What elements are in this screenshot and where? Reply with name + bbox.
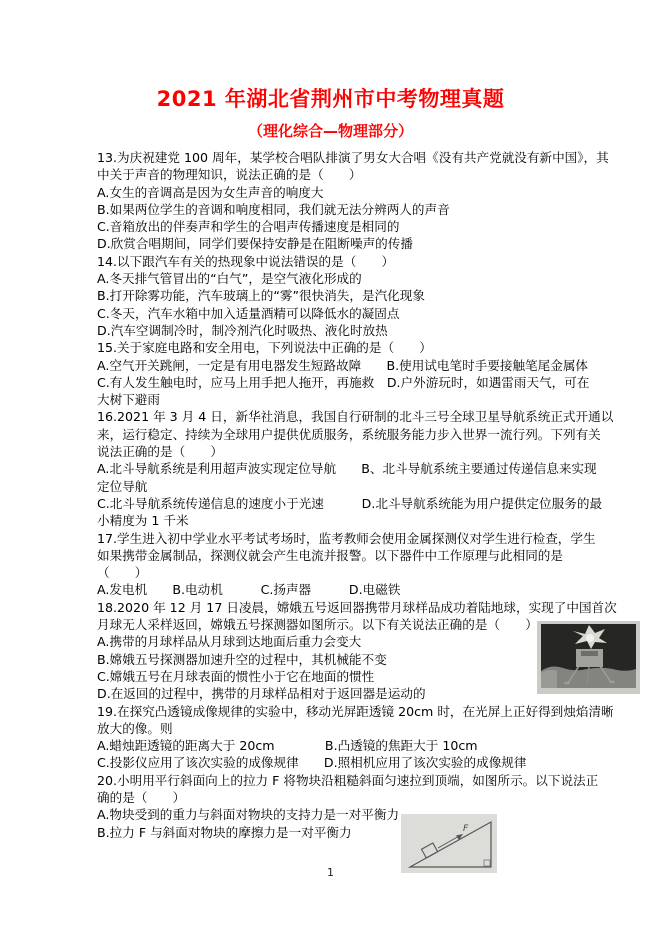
question-line: C.冬天，汽车水箱中加入适量酒精可以降低水的凝固点 (97, 305, 567, 322)
question-line: A.北斗导航系统是利用超声波实现定位导航 B、北斗导航系统主要通过传递信息来实现 (97, 460, 567, 477)
question-line: 说法正确的是（ ） (97, 443, 567, 460)
question-line: D.汽车空调制冷时，制冷剂汽化时吸热、液化时放热 (97, 322, 567, 339)
question-line: 17.学生进入初中学业水平考试考场时，监考教师会使用金属探测仪对学生进行检查，学… (97, 530, 567, 547)
question-line: C.有人发生触电时，应马上用手把人拖开，再施救 D.户外游玩时，如遇雷雨天气，可… (97, 374, 567, 391)
question-line: 13.为庆祝建党 100 周年，某学校合唱队排演了男女大合唱《没有共产党就没有新… (97, 149, 567, 166)
question-line: 16.2021 年 3 月 4 日，新华社消息，我国自行研制的北斗三号全球卫星导… (97, 408, 567, 425)
question-line: 18.2020 年 12 月 17 日凌晨，嫦娥五号返回器携带月球样品成功着陆地… (97, 599, 567, 616)
question-line: A.空气开关跳闸，一定是有用电器发生短路故障 B.使用试电笔时手要接触笔尾金属体 (97, 357, 567, 374)
question-line: C.投影仪应用了该次实验的成像规律 D.照相机应用了该次实验的成像规律 (97, 754, 567, 771)
exam-page: 2021 年湖北省荆州市中考物理真题 （理化综合—物理部分） 13.为庆祝建党 … (0, 0, 661, 935)
question-line: D.在返回的过程中，携带的月球样品相对于返回器是运动的 (97, 685, 567, 702)
question-line: A.发电机 B.电动机 C.扬声器 D.电磁铁 (97, 581, 567, 598)
question-line: A.携带的月球样品从月球到达地面后重力会变大 (97, 633, 567, 650)
question-line: A.蜡烛距透镜的距离大于 20cm B.凸透镜的焦距大于 10cm (97, 737, 567, 754)
question-line: 大树下避雨 (97, 391, 567, 408)
incline-diagram: F (401, 814, 497, 873)
question-line: 19.在探究凸透镜成像规律的实验中，移动光屏距透镜 20cm 时，在光屏上正好得… (97, 703, 567, 720)
lander-footpad-right (609, 681, 615, 684)
question-line: 如果携带金属制品，探测仪就会产生电流并报警。以下器件中工作原理与此相同的是 (97, 547, 567, 564)
question-line: 月球无人采样返回，嫦娥五号探测器如图所示。以下有关说法正确的是（ ） (97, 616, 567, 633)
question-line: 定位导航 (97, 478, 567, 495)
question-line: 20.小明用平行斜面向上的拉力 F 将物块沿粗糙斜面匀速拉到顶端，如图所示。以下… (97, 772, 567, 789)
moon-lander-photo (537, 621, 640, 694)
lander-footpad-left (564, 682, 570, 685)
question-line: 来，运行稳定、持续为全球用户提供优质服务，系统服务能力步入世界一流行列。下列有关 (97, 426, 567, 443)
exam-title: 2021 年湖北省荆州市中考物理真题 (0, 83, 661, 113)
exam-subtitle: （理化综合—物理部分） (0, 120, 661, 141)
question-line: B.嫦娥五号探测器加速升空的过程中，其机械能不变 (97, 651, 567, 668)
question-line: A.冬天排气管冒出的“白气”，是空气液化形成的 (97, 270, 567, 287)
question-line: （ ） (97, 564, 567, 581)
questions-area: 13.为庆祝建党 100 周年，某学校合唱队排演了男女大合唱《没有共产党就没有新… (97, 149, 567, 841)
question-line: C.嫦娥五号在月球表面的惯性小于它在地面的惯性 (97, 668, 567, 685)
question-line: 放大的像。则 (97, 720, 567, 737)
question-line: 15.关于家庭电路和安全用电，下列说法中正确的是（ ） (97, 339, 567, 356)
page-number: 1 (0, 866, 661, 879)
question-line: 中关于声音的物理知识，说法正确的是（ ） (97, 166, 567, 183)
question-line: C.北斗导航系统传递信息的速度小于光速 D.北斗导航系统能为用户提供定位服务的最 (97, 495, 567, 512)
lunar-hill (541, 670, 557, 688)
question-line: 小精度为 1 千米 (97, 512, 567, 529)
question-line: 确的是（ ） (97, 789, 567, 806)
question-line: D.欣赏合唱期间，同学们要保持安静是在阻断噪声的传播 (97, 235, 567, 252)
force-label: F (463, 824, 469, 834)
lander-body-detail (581, 651, 598, 656)
lander-bright-spot (586, 634, 594, 642)
question-line: B.如果两位学生的音调和响度相同，我们就无法分辨两人的声音 (97, 201, 567, 218)
question-line: 14.以下跟汽车有关的热现象中说法错误的是（ ） (97, 253, 567, 270)
question-line: A.女生的音调高是因为女生声音的响度大 (97, 184, 567, 201)
question-line: C.音箱放出的伴奏声和学生的合唱声传播速度是相同的 (97, 218, 567, 235)
question-line: B.打开除雾功能，汽车玻璃上的“雾”很快消失，是汽化现象 (97, 287, 567, 304)
